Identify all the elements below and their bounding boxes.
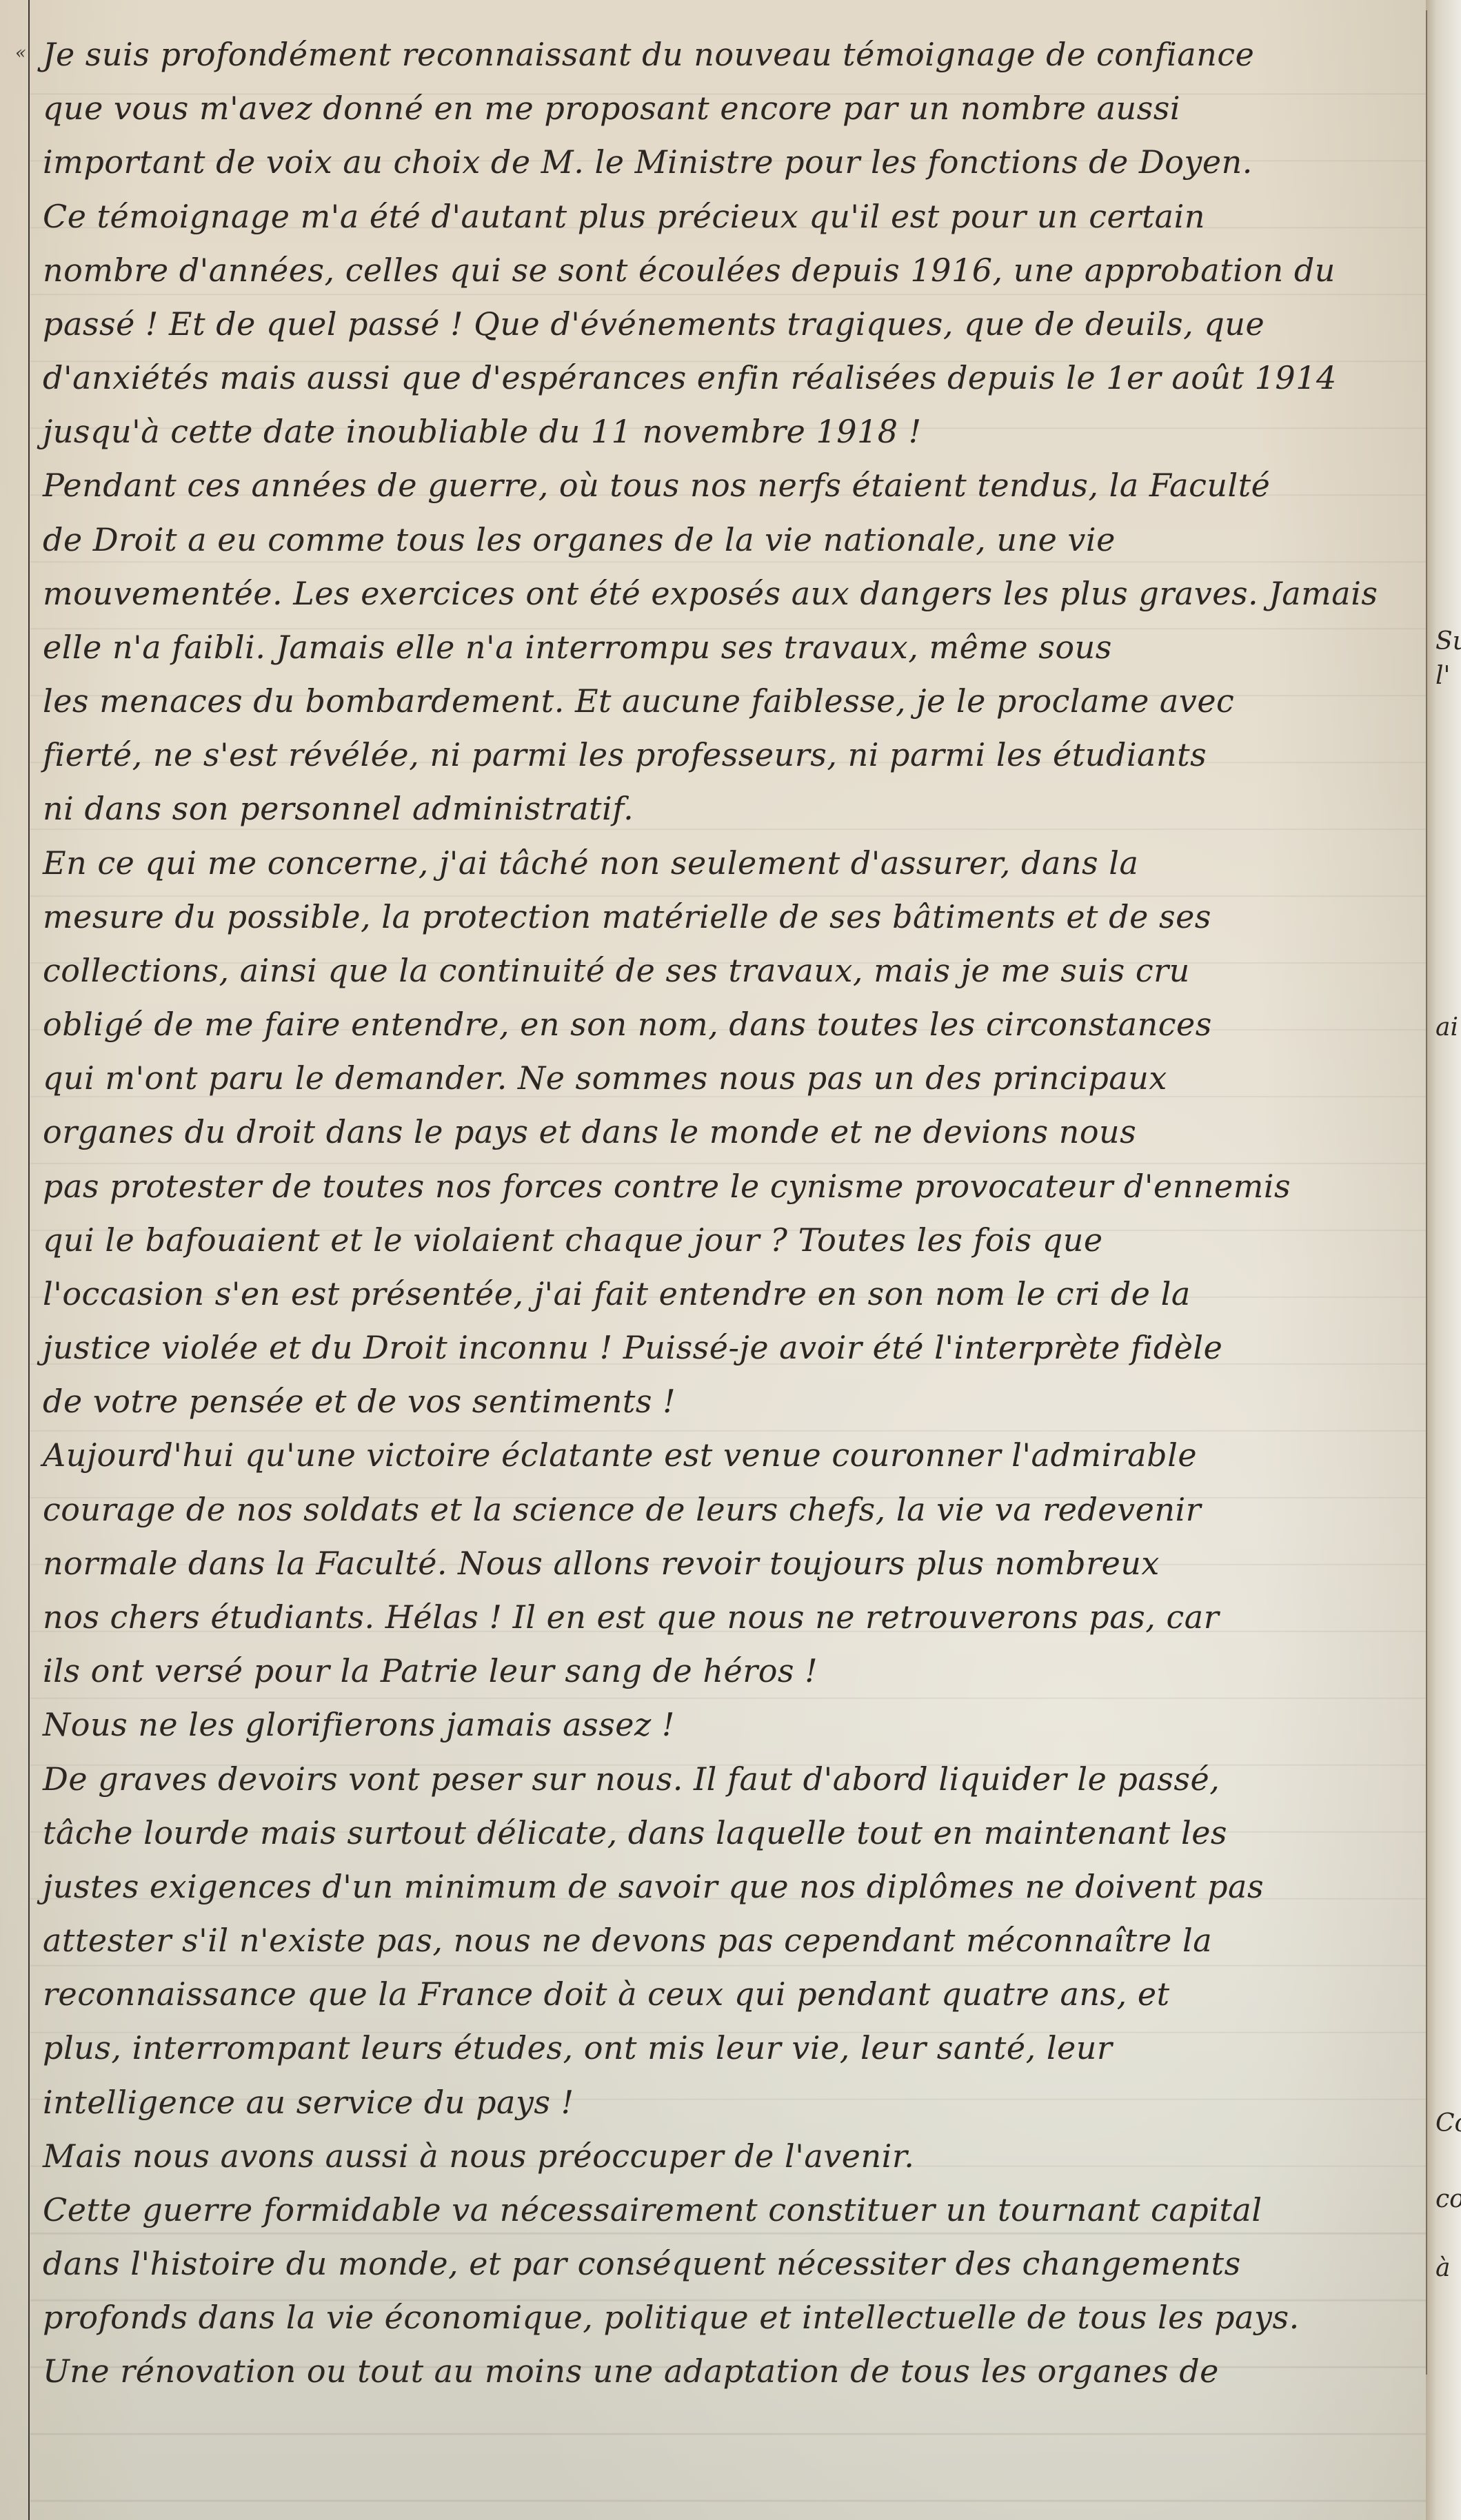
handwritten-line: Une rénovation ou tout au moins une adap… xyxy=(43,2344,1415,2398)
handwritten-line: que vous m'avez donné en me proposant en… xyxy=(43,81,1415,135)
handwritten-line: organes du droit dans le pays et dans le… xyxy=(43,1105,1415,1159)
handwritten-line: dans l'histoire du monde, et par conséqu… xyxy=(43,2237,1415,2290)
handwritten-line: obligé de me faire entendre, en son nom,… xyxy=(43,997,1415,1051)
handwritten-line: ils ont versé pour la Patrie leur sang d… xyxy=(43,1644,1415,1698)
facing-page-fragment: Co xyxy=(1435,2109,1461,2137)
handwritten-line: ni dans son personnel administratif. xyxy=(43,782,1415,835)
handwritten-line: passé ! Et de quel passé ! Que d'événeme… xyxy=(43,297,1415,351)
handwritten-line: reconnaissance que la France doit à ceux… xyxy=(43,1967,1415,2021)
facing-page-fragment: à xyxy=(1435,2254,1450,2282)
handwritten-line: courage de nos soldats et la science de … xyxy=(43,1483,1415,1536)
handwritten-line: Ce témoignage m'a été d'autant plus préc… xyxy=(43,190,1415,243)
handwritten-line: Nous ne les glorifierons jamais assez ! xyxy=(43,1698,1415,1751)
handwritten-line: Mais nous avons aussi à nous préoccuper … xyxy=(43,2129,1415,2183)
handwritten-line: d'anxiétés mais aussi que d'espérances e… xyxy=(43,351,1415,405)
handwritten-line: fierté, ne s'est révélée, ni parmi les p… xyxy=(43,728,1415,782)
handwritten-line: normale dans la Faculté. Nous allons rev… xyxy=(43,1536,1415,1590)
page-edge-line xyxy=(1426,10,1427,2375)
handwritten-line: qui m'ont paru le demander. Ne sommes no… xyxy=(43,1051,1415,1105)
handwritten-line: Aujourd'hui qu'une victoire éclatante es… xyxy=(43,1428,1415,1482)
handwritten-line: intelligence au service du pays ! xyxy=(43,2075,1415,2129)
handwritten-line: tâche lourde mais surtout délicate, dans… xyxy=(43,1806,1415,1860)
quotation-mark-margin: « xyxy=(15,43,26,63)
handwritten-line: qui le bafouaient et le violaient chaque… xyxy=(43,1213,1415,1267)
facing-page-fragments: Sul'aiCocoà xyxy=(1433,0,1461,2520)
handwritten-line: l'occasion s'en est présentée, j'ai fait… xyxy=(43,1267,1415,1321)
handwritten-line: elle n'a faibli. Jamais elle n'a interro… xyxy=(43,620,1415,674)
facing-page-fragment: ai xyxy=(1435,1013,1458,1041)
handwritten-line: jusqu'à cette date inoubliable du 11 nov… xyxy=(43,405,1415,458)
handwritten-line: les menaces du bombardement. Et aucune f… xyxy=(43,674,1415,728)
facing-page-fragment: co xyxy=(1435,2185,1461,2213)
handwritten-line: collections, ainsi que la continuité de … xyxy=(43,944,1415,997)
handwritten-line: De graves devoirs vont peser sur nous. I… xyxy=(43,1752,1415,1806)
handwritten-line: Pendant ces années de guerre, où tous no… xyxy=(43,458,1415,512)
handwritten-line: profonds dans la vie économique, politiq… xyxy=(43,2290,1415,2344)
handwritten-line: important de voix au choix de M. le Mini… xyxy=(43,135,1415,189)
handwritten-line: de Droit a eu comme tous les organes de … xyxy=(43,513,1415,567)
handwritten-line: pas protester de toutes nos forces contr… xyxy=(43,1159,1415,1213)
handwritten-line: justice violée et du Droit inconnu ! Pui… xyxy=(43,1321,1415,1374)
left-margin-line xyxy=(28,0,30,2520)
handwritten-line: nombre d'années, celles qui se sont écou… xyxy=(43,243,1415,297)
handwritten-line: Cette guerre formidable va nécessairemen… xyxy=(43,2183,1415,2237)
facing-page-fragment: l' xyxy=(1435,662,1450,690)
handwritten-line: nos chers étudiants. Hélas ! Il en est q… xyxy=(43,1590,1415,1644)
handwritten-line: de votre pensée et de vos sentiments ! xyxy=(43,1374,1415,1428)
handwritten-line: mouvementée. Les exercices ont été expos… xyxy=(43,567,1415,620)
handwritten-line: mesure du possible, la protection matéri… xyxy=(43,890,1415,944)
facing-page-fragment: Su xyxy=(1435,627,1461,656)
handwritten-text-body: Je suis profondément reconnaissant du no… xyxy=(43,28,1415,2399)
handwritten-line: En ce qui me concerne, j'ai tâché non se… xyxy=(43,836,1415,890)
handwritten-line: plus, interrompant leurs études, ont mis… xyxy=(43,2021,1415,2075)
handwritten-line: justes exigences d'un minimum de savoir … xyxy=(43,1860,1415,1913)
handwritten-line: attester s'il n'existe pas, nous ne devo… xyxy=(43,1913,1415,1967)
handwritten-line: Je suis profondément reconnaissant du no… xyxy=(43,28,1415,81)
